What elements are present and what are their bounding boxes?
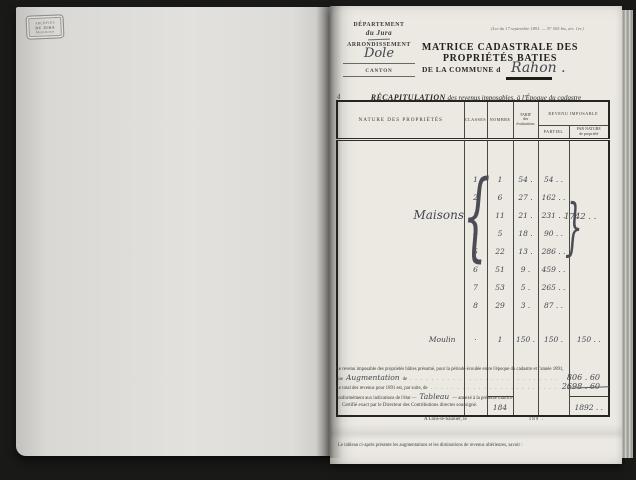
col-header-par-nature: PAR NATURE de propriété xyxy=(569,125,609,139)
augmentation-value: 806 . 60 xyxy=(567,374,600,382)
place-date-line: A Lons-le-Saunier, le 189 . xyxy=(330,417,610,422)
cell-tarif: 18 . xyxy=(518,229,532,238)
canton-label: CANTON xyxy=(338,68,420,74)
cell-partiel: 286 . . xyxy=(542,247,566,256)
departement-value: du Jura xyxy=(338,29,420,37)
cell-classe: 2 xyxy=(473,193,478,202)
cell-classe: 7 xyxy=(473,283,478,292)
col-header-tarif: TARIF des évaluations xyxy=(513,101,538,139)
cell-partiel: 231 . . xyxy=(542,211,566,220)
certification-line: Certifié exact par le Directeur des Cont… xyxy=(342,403,477,408)
commune-line: DE LA COMMUNE d Rahon . xyxy=(422,60,566,76)
cell-nombre: 22 xyxy=(495,247,505,256)
col-header-classes: CLASSES xyxy=(464,101,487,139)
cell-classe: 8 xyxy=(473,301,478,310)
commune-label: DE LA COMMUNE d xyxy=(422,65,501,74)
col-header-nature: NATURE DES PROPRIÉTÉS xyxy=(337,101,464,139)
divider xyxy=(368,39,390,41)
col-header-revenu-imposable: REVENU IMPOSABLE xyxy=(538,101,609,125)
total-par-nature: 1892 . . xyxy=(574,403,603,412)
augmentation-handwritten: Augmentation xyxy=(346,374,400,382)
cell-nombre: 11 xyxy=(495,211,505,220)
matrice-cadastrale-page: DÉPARTEMENT du Jura ARRONDISSEMENT Dole … xyxy=(330,6,622,464)
table-header: NATURE DES PROPRIÉTÉS CLASSES NOMBRE TAR… xyxy=(337,101,609,139)
footer-line4b: — annexé à la présente matrice. xyxy=(452,395,514,403)
par-nature-line: de propriété xyxy=(570,132,609,137)
cell-nombre: 29 xyxy=(495,301,505,310)
footer-line2-prefix: une xyxy=(336,376,343,384)
cell-partiel: 90 . . xyxy=(544,229,563,238)
spacer-row xyxy=(337,139,609,169)
cell-nombre: 51 xyxy=(495,265,505,274)
cell-partiel: 150 . xyxy=(544,335,563,344)
commune-value: Rahon . xyxy=(511,60,566,76)
ink-bar xyxy=(506,77,552,80)
table-row: 7 53 5 . 265 . . xyxy=(337,277,609,295)
cell-nature xyxy=(337,169,464,187)
departement-label: DÉPARTEMENT xyxy=(338,22,420,28)
place-label: A Lons-le-Saunier, le xyxy=(424,417,467,422)
cell-tarif: 9 . xyxy=(521,265,531,274)
cell-nombre: 6 xyxy=(498,193,503,202)
stamp-line: Montmorot xyxy=(36,29,55,34)
col-header-nombre: NOMBRE xyxy=(487,101,513,139)
dot-leader: . . . . . . . . . . . . . . . . . . . . … xyxy=(431,385,556,393)
cell-par-nature xyxy=(569,169,609,187)
archive-stamp: ARCHIVES DU JURA Montmorot xyxy=(25,14,64,40)
table-row-moulin: Moulin · 1 150 . 150 . 150 . . xyxy=(337,329,609,347)
cell-partiel: 459 . . xyxy=(542,265,566,274)
divider xyxy=(343,76,415,77)
table-row: 6 51 9 . 459 . . xyxy=(337,259,609,277)
law-note: (Loi du 17 septembre 1891. — N° 505 bis,… xyxy=(455,26,620,31)
footer-line4a: conformément aux indications de l'état — xyxy=(336,395,416,403)
footer-block: Le revenu imposable des propriétés bâtie… xyxy=(336,366,603,402)
cell-partiel: 54 . . xyxy=(544,175,563,184)
cell-par-nature: 150 . . xyxy=(577,335,601,344)
dot-leader: . . . . . . . . . . . . . . . . . . . . … xyxy=(410,376,561,384)
cell-tarif: 21 . xyxy=(518,211,532,220)
table-row: 5 22 13 . 286 . . xyxy=(337,241,609,259)
total-nombre: 184 xyxy=(493,403,507,412)
cell-tarif: 27 . xyxy=(518,193,532,202)
tableau-handwritten: Tableau xyxy=(419,393,449,401)
cell-nombre: 5 xyxy=(498,229,503,238)
table-row: 1 1 54 . 54 . . xyxy=(337,169,609,187)
cell-partiel: 87 . . xyxy=(544,301,563,310)
cell-tarif: 5 . xyxy=(521,283,531,292)
moulin-label: Moulin xyxy=(429,335,464,344)
year-label: 189 . xyxy=(529,417,544,422)
cell-partiel: 265 . . xyxy=(542,283,566,292)
cell-classe: 5 xyxy=(473,247,478,256)
cell-partiel: 162 . . xyxy=(542,193,566,202)
cell-tarif: 54 . xyxy=(518,175,532,184)
cell-tarif: 13 . xyxy=(518,247,532,256)
cell-nombre: 53 xyxy=(495,283,505,292)
bottom-note: Le tableau ci-après présente les augment… xyxy=(338,443,523,448)
cell-classe: · xyxy=(474,335,476,344)
table-row: 4 5 18 . 90 . . xyxy=(337,223,609,241)
spacer-row xyxy=(337,313,609,329)
cell-classe: 6 xyxy=(473,265,478,274)
table-row: 2 6 27 . 162 . . xyxy=(337,187,609,205)
table-row: 8 29 3 . 87 . . xyxy=(337,295,609,313)
footer-line2-mid: de xyxy=(403,376,408,384)
left-blank-page: ARCHIVES DU JURA Montmorot xyxy=(16,7,330,456)
page-fore-edge xyxy=(622,10,633,458)
cell-nombre: 1 xyxy=(498,335,503,344)
cell-classe: 4 xyxy=(473,229,478,238)
cell-tarif: 3 . xyxy=(521,301,531,310)
footer-line3: Le total des revenus pour 1891 est, par … xyxy=(336,385,428,393)
col-header-partiel: PARTIEL xyxy=(538,125,569,139)
cell-classe: 3 xyxy=(473,211,478,220)
cell-nombre: 1 xyxy=(498,175,503,184)
table-row: 3 11 21 . 231 . . xyxy=(337,205,609,223)
cell-tarif: 150 . xyxy=(516,335,535,344)
cell-classe: 1 xyxy=(473,175,478,184)
tarif-line: évaluations xyxy=(514,122,538,127)
